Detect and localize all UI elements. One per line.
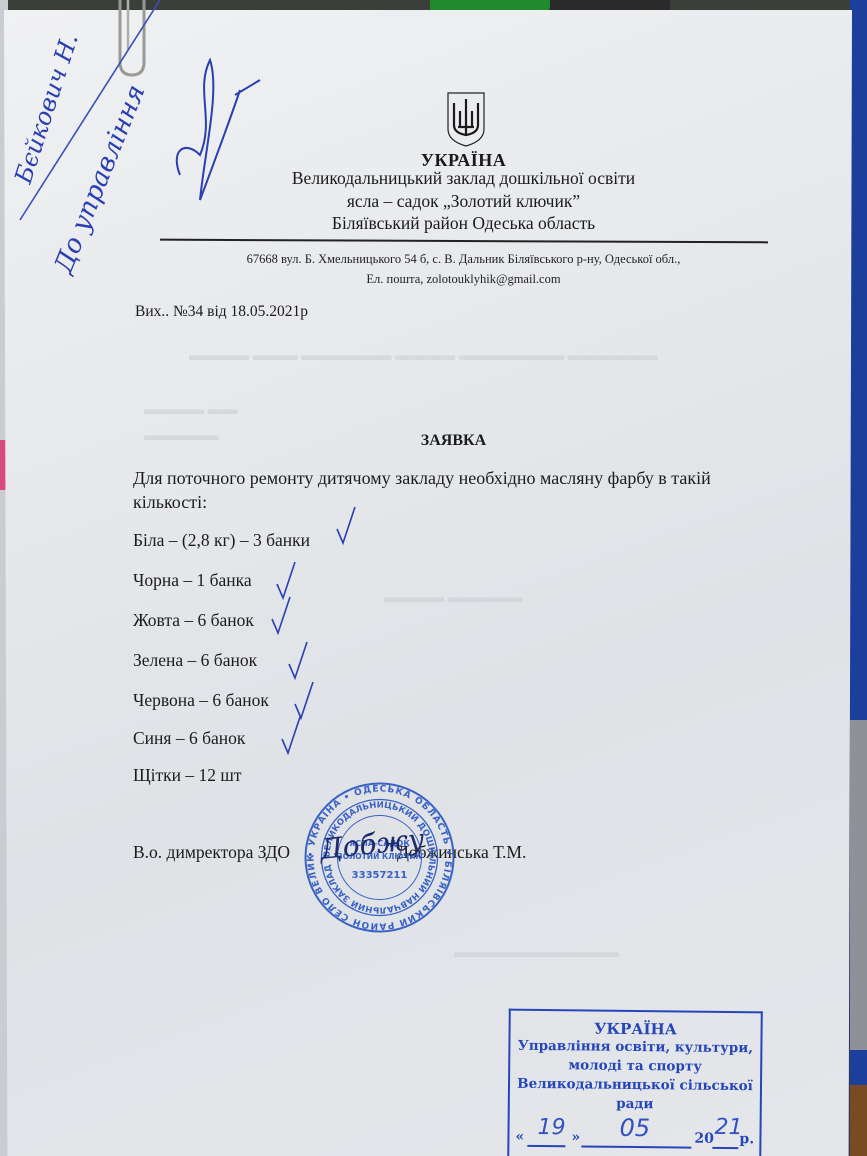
address-line: 67668 вул. Б. Хмельницького 54 б, с. В. … [0,252,867,267]
signature-line: В.о. димректора ЗДО Добжинська Т.М. [133,842,290,863]
institution-name: Великодальницький заклад дошкільної осві… [0,168,867,189]
stamp-year-unit: р. [739,1131,754,1147]
underline [712,1147,738,1149]
underline [581,1145,691,1148]
signer-position: В.о. димректора ЗДО [133,842,290,862]
stamp-line3: Великодальницької сільської ради [510,1075,760,1116]
stamp-month: 05 [619,1114,650,1142]
institution-subname: ясла – садок „Золотий ключик” [0,191,867,212]
checkmark-icon [287,640,309,680]
checkmark-icon [335,505,357,545]
show-through-text: ▬▬▬▬ ▬▬ [144,402,238,419]
stamp-line1: Управління освіти, культури, [510,1037,760,1059]
institution-region: Біляївський район Одеська область [0,213,867,234]
binder-sheet [850,720,867,1050]
stamp-day: 19 [537,1115,565,1140]
wood-surface [850,1085,867,1156]
quote-open: « [515,1129,524,1145]
show-through-text: ▬▬▬▬▬▬▬▬▬▬▬ [454,945,619,962]
email-line: Ел. пошта, zolotouklyhik@gmail.com [0,272,867,287]
list-item: Зелена – 6 банок [133,650,257,671]
signature-scribble: Добжу [318,822,427,866]
show-through-text: ▬▬▬▬ ▬▬▬ ▬▬▬▬▬▬ ▬▬▬▬ ▬▬▬▬▬▬▬ ▬▬▬▬▬▬ [189,348,658,365]
stamp-line2: молоді та спорту [510,1056,760,1078]
outgoing-number: Вих.. №34 від 18.05.2021р [135,303,308,321]
stamp-year-prefix: 20 [694,1131,714,1147]
list-item: Синя – 6 банок [133,728,245,749]
list-item: Червона – 6 банок [133,690,269,711]
checkmark-icon [275,560,297,600]
quote-close: » [571,1129,580,1145]
stamp-date: « 19 » 05 20 21 р. [509,1117,759,1150]
underline [527,1145,565,1147]
trident-coat-of-arms-icon [446,91,486,147]
checkmark-icon [293,680,315,720]
list-item: Щітки – 12 шт [133,765,242,786]
request-intro: Для поточного ремонту дитячому закладу н… [133,466,773,514]
dark-object [550,0,670,10]
checkmark-icon [280,715,302,755]
request-title: ЗАЯВКА [0,432,867,450]
checkmark-icon [270,595,292,635]
list-item: Біла – (2,8 кг) – 3 банки [133,530,310,551]
director-handwritten-signature: Добжу [318,822,428,872]
handwritten-resolution: Бєйкович Н. До управління [0,0,280,290]
list-item: Жовта – 6 банок [133,610,254,631]
list-item: Чорна – 1 банка [133,570,252,591]
receipt-stamp: УКРАЇНА Управління освіти, культури, мол… [507,1009,763,1156]
stamp-year-suffix: 21 [714,1115,742,1140]
show-through-text: ▬▬▬▬ ▬▬▬▬▬ [384,590,523,607]
